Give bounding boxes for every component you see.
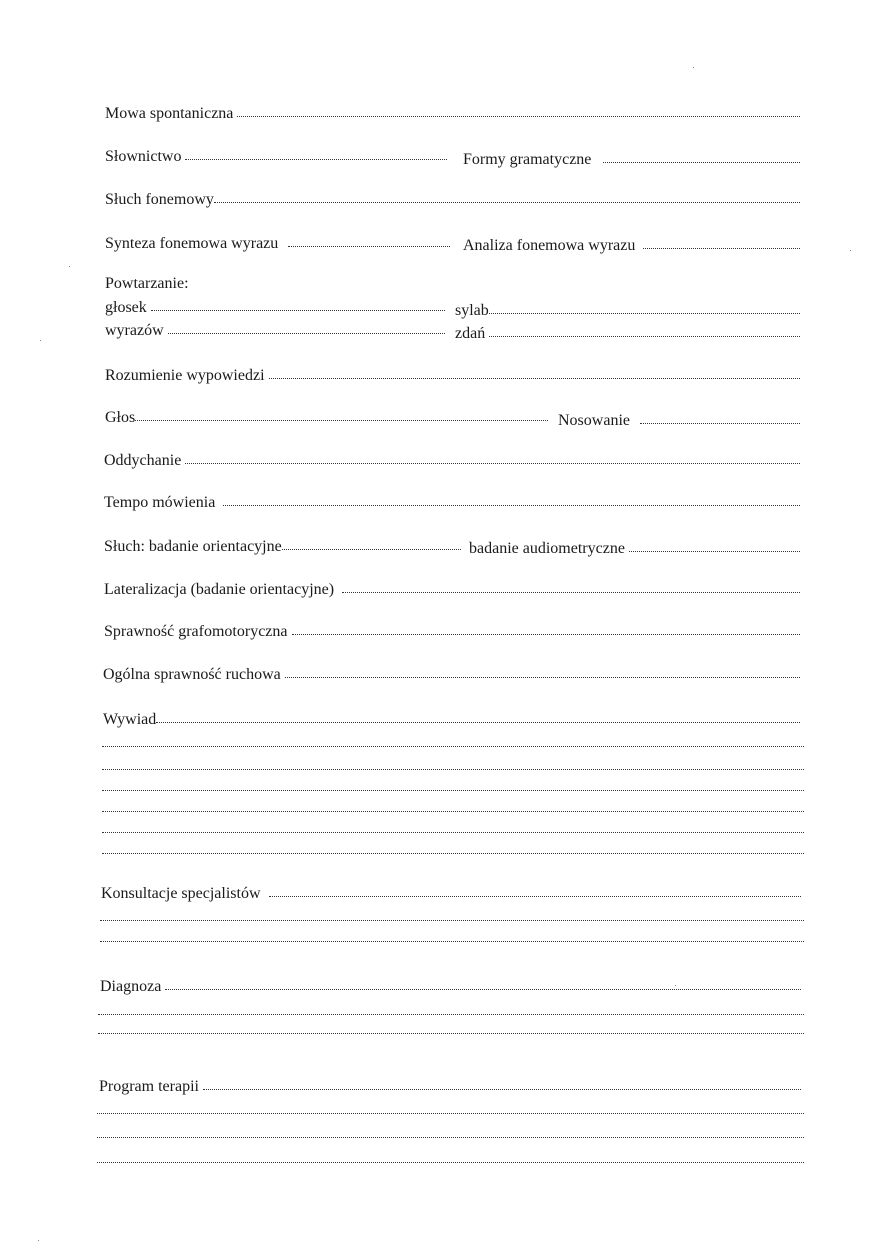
input-lateralizacja[interactable] [342,592,800,593]
field-nosowanie: Nosowanie [558,411,803,431]
input-glosek[interactable] [151,310,445,311]
label-nosowanie: Nosowanie [558,411,630,431]
wywiad-line[interactable] [102,746,804,747]
input-tempo[interactable] [223,505,800,506]
wywiad-line[interactable] [102,769,804,770]
input-analiza[interactable] [643,248,800,249]
wywiad-line[interactable] [102,811,804,812]
label-grafomotoryka: Sprawność grafomotoryczna [104,622,288,642]
field-program: Program terapii [99,1077,804,1097]
label-program: Program terapii [99,1077,199,1097]
label-analiza: Analiza fonemowa wyrazu [463,236,635,256]
field-synteza: Synteza fonemowa wyrazu [105,234,453,254]
wywiad-line[interactable] [102,790,804,791]
input-grafomotoryka[interactable] [292,634,801,635]
label-tempo: Tempo mówienia [104,493,215,513]
input-sluch-fonemowy[interactable] [214,202,800,203]
input-slownictwo[interactable] [185,159,447,160]
label-mowa-spontaniczna: Mowa spontaniczna [105,104,233,124]
field-konsultacje: Konsultacje specjalistów [101,884,804,904]
heading-powtarzanie: Powtarzanie: [105,274,189,294]
field-mowa-spontaniczna: Mowa spontaniczna [105,104,803,124]
input-sluch-orientacyjne[interactable] [282,549,461,550]
label-wywiad: Wywiad [103,710,156,730]
input-ruchowa[interactable] [285,677,800,678]
input-diagnoza[interactable] [165,989,801,990]
konsultacje-line[interactable] [100,941,804,942]
input-wyrazow[interactable] [168,333,445,334]
field-sluch-audiometryczne: badanie audiometryczne [469,539,803,559]
wywiad-line[interactable] [102,853,804,854]
label-wyrazow: wyrazów [105,321,164,341]
label-oddychanie: Oddychanie [104,451,181,471]
scan-speck [693,67,694,68]
diagnoza-line[interactable] [98,1033,804,1034]
scan-speck [40,340,41,341]
label-zdan: zdań [455,324,485,344]
input-konsultacje[interactable] [269,896,801,897]
input-oddychanie[interactable] [185,463,800,464]
label-diagnoza: Diagnoza [100,977,161,997]
scan-speck [850,250,851,251]
scan-speck [38,1240,39,1241]
field-rozumienie: Rozumienie wypowiedzi [105,366,803,386]
input-nosowanie[interactable] [640,423,800,424]
field-glos: Głos [105,408,551,428]
field-zdan: zdań [455,324,803,344]
input-mowa-spontaniczna[interactable] [237,116,800,117]
field-oddychanie: Oddychanie [104,451,803,471]
field-analiza: Analiza fonemowa wyrazu [463,236,803,256]
field-sylab: sylab [455,301,803,321]
input-sylab[interactable] [489,313,800,314]
field-lateralizacja: Lateralizacja (badanie orientacyjne) [104,580,803,600]
input-synteza[interactable] [288,246,450,247]
label-glosek: głosek [105,298,147,318]
program-line[interactable] [97,1162,804,1163]
label-synteza: Synteza fonemowa wyrazu [105,234,278,254]
label-slownictwo: Słownictwo [105,147,181,167]
label-lateralizacja: Lateralizacja (badanie orientacyjne) [104,580,334,600]
input-zdan[interactable] [489,336,800,337]
input-glos[interactable] [135,420,548,421]
field-sluch-orientacyjne: Słuch: badanie orientacyjne [104,537,464,557]
field-diagnoza: Diagnoza [100,977,804,997]
input-wywiad[interactable] [156,722,800,723]
label-sluch-fonemowy: Słuch fonemowy [105,190,214,210]
label-glos: Głos [105,408,135,428]
field-tempo: Tempo mówienia [104,493,803,513]
field-wywiad: Wywiad [103,710,803,730]
program-line[interactable] [97,1137,804,1138]
label-sluch-audiometryczne: badanie audiometryczne [469,539,625,559]
scan-speck [69,266,70,267]
label-rozumienie: Rozumienie wypowiedzi [105,366,265,386]
label-konsultacje: Konsultacje specjalistów [101,884,261,904]
program-line[interactable] [97,1113,804,1114]
field-wyrazow: wyrazów [105,321,448,341]
input-program[interactable] [203,1089,801,1090]
diagnoza-line[interactable] [98,1014,804,1015]
label-ruchowa: Ogólna sprawność ruchowa [103,665,281,685]
label-formy-gramatyczne: Formy gramatyczne [463,150,591,170]
label-sylab: sylab [455,301,489,321]
field-grafomotoryka: Sprawność grafomotoryczna [104,622,803,642]
field-sluch-fonemowy: Słuch fonemowy [105,190,803,210]
field-ruchowa: Ogólna sprawność ruchowa [103,665,803,685]
konsultacje-line[interactable] [100,920,804,921]
input-sluch-audiometryczne[interactable] [629,551,800,552]
label-sluch-orientacyjne: Słuch: badanie orientacyjne [104,537,282,557]
scan-speck [675,985,676,986]
field-slownictwo: Słownictwo [105,147,450,167]
wywiad-line[interactable] [102,832,804,833]
input-formy-gramatyczne[interactable] [603,162,800,163]
field-glosek: głosek [105,298,448,318]
field-formy-gramatyczne: Formy gramatyczne [463,150,803,170]
input-rozumienie[interactable] [269,378,800,379]
label-powtarzanie: Powtarzanie: [105,274,189,294]
